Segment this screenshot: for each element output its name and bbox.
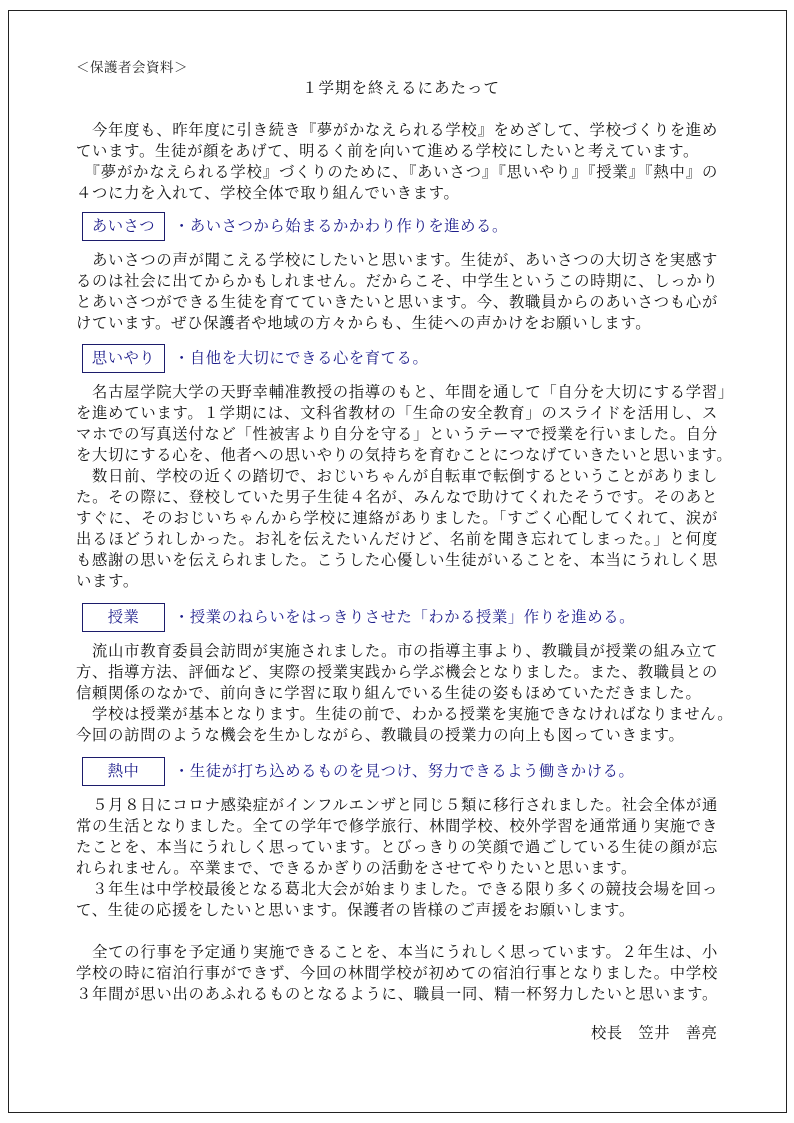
text-line: 今回の訪問のような機会を生かしながら、教職員の授業力の向上も図っていきます。 — [76, 725, 726, 746]
section-heading: ・生徒が打ち込めるものを見つけ、努力できるよう働きかける。 — [174, 757, 634, 786]
document-title: １学期を終えるにあたって — [0, 76, 794, 98]
text-line: ４つに力を入れて、学校全体で取り組んでいきます。 — [76, 183, 726, 204]
text-line: 流山市教育委員会訪問が実施されました。市の指導主事より、教職員が授業の組み立て — [76, 641, 718, 662]
section-label-box: あいさつ — [82, 212, 165, 241]
section-label-box: 熱中 — [82, 757, 165, 786]
text-line: とあいさつができる生徒を育てていきたいと思います。今、教職員からのあいさつも心が — [76, 292, 718, 313]
text-line: 常の生活となりました。全ての学年で修学旅行、林間学校、校外学習を通常通り実施でき — [76, 816, 718, 837]
text-line: います。 — [76, 571, 726, 592]
text-line: あいさつの声が聞こえる学校にしたいと思います。生徒が、あいさつの大切さを実感す — [76, 250, 718, 271]
text-line: た。その際に、登校していた男子生徒４名が、みんなで助けてくれたそうです。そのあと — [76, 487, 718, 508]
text-line: ３年生は中学校最後となる葛北大会が始まりました。できる限り多くの競技会場を回っ — [76, 879, 718, 900]
text-line: ３年間が思い出のあふれるものとなるように、職員一同、精一杯努力したいと思います。 — [76, 984, 718, 1005]
section-heading: ・自他を大切にできる心を育てる。 — [174, 344, 428, 373]
section-label-box: 授業 — [82, 603, 165, 632]
text-line: 全ての行事を予定通り実施できることを、本当にうれしく思っています。２年生は、小 — [76, 942, 718, 963]
text-line: 数日前、学校の近くの踏切で、おじいちゃんが自転車で転倒するということがありまし — [76, 466, 718, 487]
section-heading: ・授業のねらいをはっきりさせた「わかる授業」作りを進める。 — [174, 603, 635, 632]
text-line: 方、指導方法、評価など、実際の授業実践から学ぶ機会となりました。また、教職員との — [76, 662, 718, 683]
text-line: 学校の時に宿泊行事ができず、今回の林間学校が初めての宿泊行事となりました。中学校 — [76, 963, 718, 984]
text-line: 『夢がかなえられる学校』づくりのために、『あいさつ』『思いやり』『授業』『熱中』… — [76, 162, 718, 183]
text-line: 名古屋学院大学の天野幸輔准教授の指導のもと、年間を通して「自分を大切にする学習」 — [76, 382, 718, 403]
text-line: 出るほどうれしかった。お礼を伝えたいんだけど、名前を聞き忘れてしまった。」と何度 — [76, 529, 718, 550]
document-header-label: ＜保護者会資料＞ — [76, 56, 188, 76]
text-line: 今年度も、昨年度に引き続き『夢がかなえられる学校』をめざして、学校づくりを進め — [76, 120, 718, 141]
text-line: ています。生徒が顔をあげて、明るく前を向いて進める学校にしたいと考えています。 — [76, 141, 726, 162]
text-line: 学校は授業が基本となります。生徒の前で、わかる授業を実施できなければなりません。 — [76, 704, 718, 725]
section-heading: ・あいさつから始まるかかわり作りを進める。 — [174, 212, 508, 241]
text-line: るのは社会に出てからかもしれません。だからこそ、中学生というこの時期に、しっかり — [76, 271, 718, 292]
text-line: たことを、本当にうれしく思っています。とびっきりの笑顔で過ごしている生徒の顔が忘 — [76, 837, 718, 858]
principal-signature: 校長 笠井 善亮 — [591, 1023, 717, 1044]
section-label-box: 思いやり — [82, 344, 165, 373]
text-line: も感謝の思いを伝えられました。こうした心優しい生徒がいることを、本当にうれしく思 — [76, 550, 718, 571]
text-line: を大切にする心を、他者への思いやりの気持ちを育むことにつなげていきたいと思います… — [76, 445, 718, 466]
text-line: けています。ぜひ保護者や地域の方々からも、生徒への声かけをお願いします。 — [76, 313, 726, 334]
text-line: マホでの写真送付など「性被害より自分を守る」というテーマで授業を行いました。自分 — [76, 424, 718, 445]
text-line: 信頼関係のなかで、前向きに学習に取り組んでいる生徒の姿もほめていただきました。 — [76, 683, 726, 704]
text-line: すぐに、そのおじいちゃんから学校に連絡がありました。「すごく心配してくれて、涙が — [76, 508, 718, 529]
text-line: を進めています。１学期には、文科省教材の「生命の安全教育」のスライドを活用し、ス — [76, 403, 718, 424]
text-line: れられません。卒業まで、できるかぎりの活動をさせてやりたいと思います。 — [76, 858, 726, 879]
text-line: ５月８日にコロナ感染症がインフルエンザと同じ５類に移行されました。社会全体が通 — [76, 795, 718, 816]
text-line: て、生徒の応援をしたいと思います。保護者の皆様のご声援をお願いします。 — [76, 900, 726, 921]
